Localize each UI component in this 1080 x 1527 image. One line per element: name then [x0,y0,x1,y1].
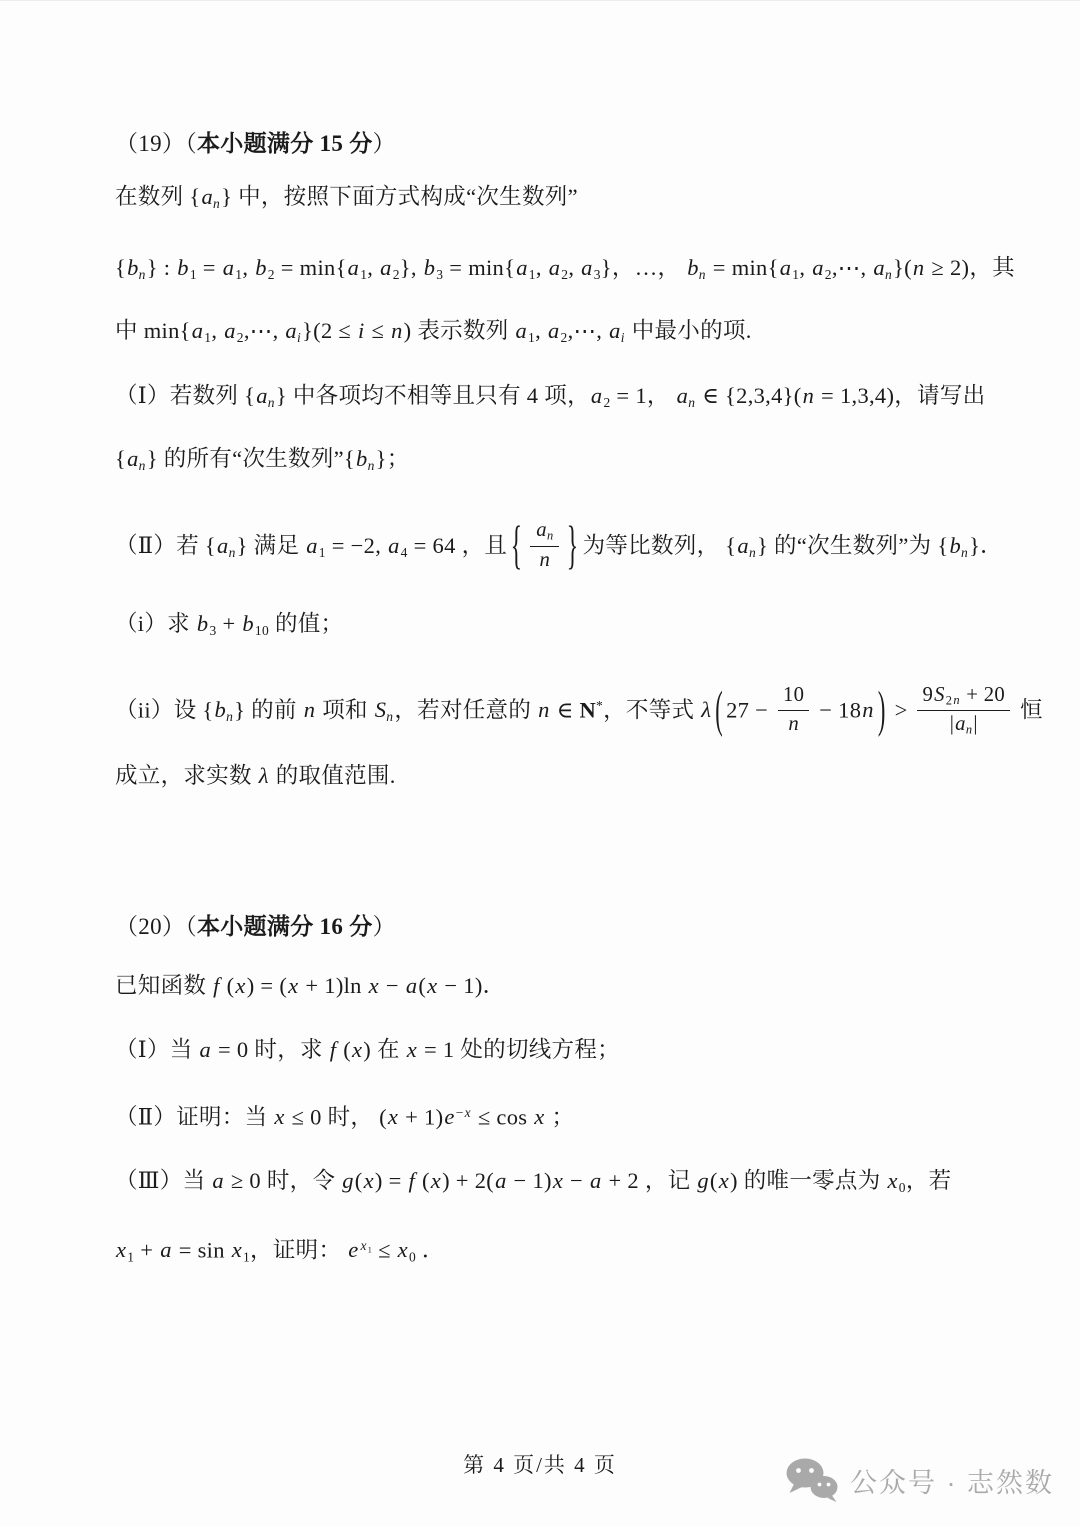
problem20-part3-line2: x1 + a = sin x1，证明： ex1 ≤ x0 ． [115,1226,445,1266]
problem20-part2-line: （Ⅱ）证明：当 x ≤ 0 时， (x + 1)e−x ≤ cos x ； [115,1093,574,1133]
problem19-part2-line: （Ⅱ）若 {an} 满足 a1 = −2, a4 = 64 ，且{ann}为等比… [115,501,1003,591]
problem19-sub-i-line: （i）求 b3 + b10 的值； [115,604,343,644]
problem19-heading: （19）（本小题满分 15 分） [115,124,396,164]
problem20-intro-line: 已知函数 f (x) = (x + 1)ln x − a(x − 1)． [115,966,505,1006]
problem19-part1-line2: {an} 的所有“次生数列”{bn}； [115,439,410,479]
problem19-intro-line: 在数列 {an} 中，按照下面方式构成“次生数列” [115,177,578,217]
problem19-sub-ii-line2: 成立，求实数 λ 的取值范围. [115,756,396,796]
problem20-heading: （20）（本小题满分 16 分） [115,907,396,947]
problem19-definition-line2: 中 min{a1, a2,⋯, ai}(2 ≤ i ≤ n) 表示数列 a1, … [115,311,752,351]
problem20-part1-line: （Ⅰ）当 a = 0 时，求 f (x) 在 x = 1 处的切线方程； [115,1030,620,1070]
problem19-definition-line1: {bn} : b1 = a1, b2 = min{a1, a2}, b3 = m… [115,248,1015,288]
exam-page: （19）（本小题满分 15 分） 在数列 {an} 中，按照下面方式构成“次生数… [0,0,1080,1527]
watermark-text: 公众号 · 志然数 [850,1461,1054,1500]
problem19-sub-ii-line1: （ii）设 {bn} 的前 n 项和 Sn，若对任意的 n ∈ N*，不等式 λ… [115,661,1043,751]
watermark: 公众号 · 志然数 [785,1457,1054,1503]
problem19-part1-line1: （Ⅰ）若数列 {an} 中各项均不相等且只有 4 项，a2 = 1， an ∈ … [115,376,985,416]
problem20-part3-line1: （Ⅲ）当 a ≥ 0 时，令 g(x) = f (x) + 2(a − 1)x … [115,1161,951,1201]
wechat-icon [785,1457,839,1503]
